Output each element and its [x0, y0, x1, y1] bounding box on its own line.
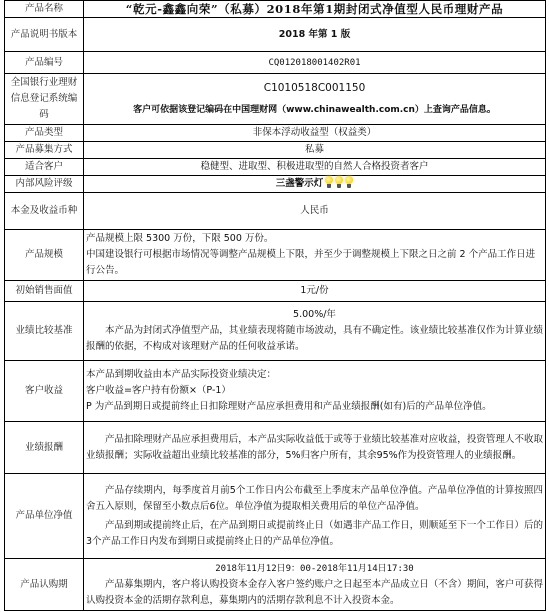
row-initial-face-value: 初始销售面值 1元/份 — [5, 281, 546, 302]
row-manual-version: 产品说明书版本 2018 年第 1 版 — [5, 18, 546, 52]
return-p-definition: P 为产品到期日或提前终止日扣除理财产品应承担费用和产品业绩报酬(如有)后的产品… — [86, 399, 543, 415]
label-registration-code: 全国银行业理财信息登记系统编码 — [5, 74, 84, 125]
unit-nav-maturity: 产品到期或提前终止后，在产品到期日或提前终止日（如遇非产品工作日，则顺延至下一个… — [86, 518, 543, 550]
row-product-scale: 产品规模 产品规模上限 5300 万份，下限 500 万份。 中国建设银行可根据… — [5, 230, 546, 281]
label-product-code: 产品编号 — [5, 52, 84, 74]
label-unit-nav: 产品单位净值 — [5, 474, 84, 559]
value-client-return-cell: 本产品到期收益由本产品实际投资业绩决定： 客户收益=客户持有份额×（P-1） P… — [84, 361, 546, 422]
label-product-name: 产品名称 — [5, 1, 84, 18]
row-suitable-clients: 适合客户 稳健型、进取型、积极进取型的自然人合格投资者客户 — [5, 159, 546, 176]
scale-adjustment: 中国建设银行可根据市场情况等调整产品规模上下限，并至少于调整规模上下限之日之前 … — [86, 247, 543, 279]
lightbulb-icon — [324, 176, 333, 188]
row-subscription-period: 产品认购期 2018年11月12日9：00-2018年11月14日17:30 产… — [5, 559, 546, 611]
value-product-scale-cell: 产品规模上限 5300 万份，下限 500 万份。 中国建设银行可根据市场情况等… — [84, 230, 546, 281]
row-unit-nav: 产品单位净值 产品存续期内，每季度首月前5个工作日内公布截至上季度末产品单位净值… — [5, 474, 546, 559]
label-performance-fee: 业绩报酬 — [5, 422, 84, 474]
label-risk-rating: 内部风险评级 — [5, 176, 84, 193]
lightbulb-icon — [344, 176, 353, 188]
value-unit-nav-cell: 产品存续期内，每季度首月前5个工作日内公布截至上季度末产品单位净值。产品单位净值… — [84, 474, 546, 559]
row-client-return: 客户收益 本产品到期收益由本产品实际投资业绩决定： 客户收益=客户持有份额×（P… — [5, 361, 546, 422]
row-product-name: 产品名称 “乾元-鑫鑫向荣”（私募）2018年第1期封闭式净值型人民币理财产品 — [5, 1, 546, 18]
benchmark-disclaimer: 本产品为封闭式净值型产品，其业绩表现将随市场波动，具有不确定性。该业绩比较基准仅… — [86, 323, 543, 355]
label-initial-face-value: 初始销售面值 — [5, 281, 84, 302]
row-registration-code: 全国银行业理财信息登记系统编码 C1010518C001150 客户可依据该登记… — [5, 74, 546, 125]
product-info-table: 产品名称 “乾元-鑫鑫向荣”（私募）2018年第1期封闭式净值型人民币理财产品 … — [4, 0, 546, 611]
scale-limits: 产品规模上限 5300 万份，下限 500 万份。 — [86, 231, 543, 247]
label-product-type: 产品类型 — [5, 125, 84, 142]
value-subscription-period-cell: 2018年11月12日9：00-2018年11月14日17:30 产品募集期内，… — [84, 559, 546, 611]
value-benchmark-cell: 5.00%/年 本产品为封闭式净值型产品，其业绩表现将随市场波动，具有不确定性。… — [84, 302, 546, 361]
value-initial-face-value: 1元/份 — [84, 281, 546, 302]
label-manual-version: 产品说明书版本 — [5, 18, 84, 52]
subscription-interest-note: 产品募集期内，客户将认购投资本金存入客户签约账户之日起至本产品成立日（不含）期间… — [86, 577, 543, 609]
subscription-dates: 2018年11月12日9：00-2018年11月14日17:30 — [86, 561, 543, 577]
value-raise-method: 私募 — [84, 142, 546, 159]
value-product-code: CQ012018001402R01 — [84, 52, 546, 74]
label-benchmark: 业绩比较基准 — [5, 302, 84, 361]
label-currency: 本金及收益币种 — [5, 193, 84, 230]
value-risk-rating: 三盏警示灯 — [276, 178, 324, 189]
unit-nav-disclosure: 产品存续期内，每季度首月前5个工作日内公布截至上季度末产品单位净值。产品单位净值… — [86, 483, 543, 515]
return-formula: 客户收益=客户持有份额×（P-1） — [86, 383, 543, 399]
value-product-type: 非保本浮动收益型（权益类） — [84, 125, 546, 142]
label-raise-method: 产品募集方式 — [5, 142, 84, 159]
benchmark-rate: 5.00%/年 — [86, 307, 543, 323]
performance-fee-text: 产品扣除理财产品应承担费用后，本产品实际收益低于或等于业绩比较基准对应收益，投资… — [86, 432, 543, 464]
row-performance-fee: 业绩报酬 产品扣除理财产品应承担费用后，本产品实际收益低于或等于业绩比较基准对应… — [5, 422, 546, 474]
registration-note: 客户可依据该登记编码在中国理财网（www.chinawealth.com.cn）… — [86, 102, 543, 118]
value-performance-fee-cell: 产品扣除理财产品应承担费用后，本产品实际收益低于或等于业绩比较基准对应收益，投资… — [84, 422, 546, 474]
row-raise-method: 产品募集方式 私募 — [5, 142, 546, 159]
row-product-code: 产品编号 CQ012018001402R01 — [5, 52, 546, 74]
return-rule: 本产品到期收益由本产品实际投资业绩决定： — [86, 367, 543, 383]
value-registration-code-cell: C1010518C001150 客户可依据该登记编码在中国理财网（www.chi… — [84, 74, 546, 125]
value-product-name: “乾元-鑫鑫向荣”（私募）2018年第1期封闭式净值型人民币理财产品 — [84, 1, 546, 18]
value-suitable-clients: 稳健型、进取型、积极进取型的自然人合格投资者客户 — [84, 159, 546, 176]
lightbulb-icon — [334, 176, 343, 188]
value-manual-version: 2018 年第 1 版 — [84, 18, 546, 52]
value-currency: 人民币 — [84, 193, 546, 230]
value-risk-rating-cell: 三盏警示灯 — [84, 176, 546, 193]
row-risk-rating: 内部风险评级 三盏警示灯 — [5, 176, 546, 193]
value-registration-code: C1010518C001150 — [86, 80, 543, 96]
label-subscription-period: 产品认购期 — [5, 559, 84, 611]
row-benchmark: 业绩比较基准 5.00%/年 本产品为封闭式净值型产品，其业绩表现将随市场波动，… — [5, 302, 546, 361]
label-product-scale: 产品规模 — [5, 230, 84, 281]
row-product-type: 产品类型 非保本浮动收益型（权益类） — [5, 125, 546, 142]
label-client-return: 客户收益 — [5, 361, 84, 422]
row-currency: 本金及收益币种 人民币 — [5, 193, 546, 230]
label-suitable-clients: 适合客户 — [5, 159, 84, 176]
